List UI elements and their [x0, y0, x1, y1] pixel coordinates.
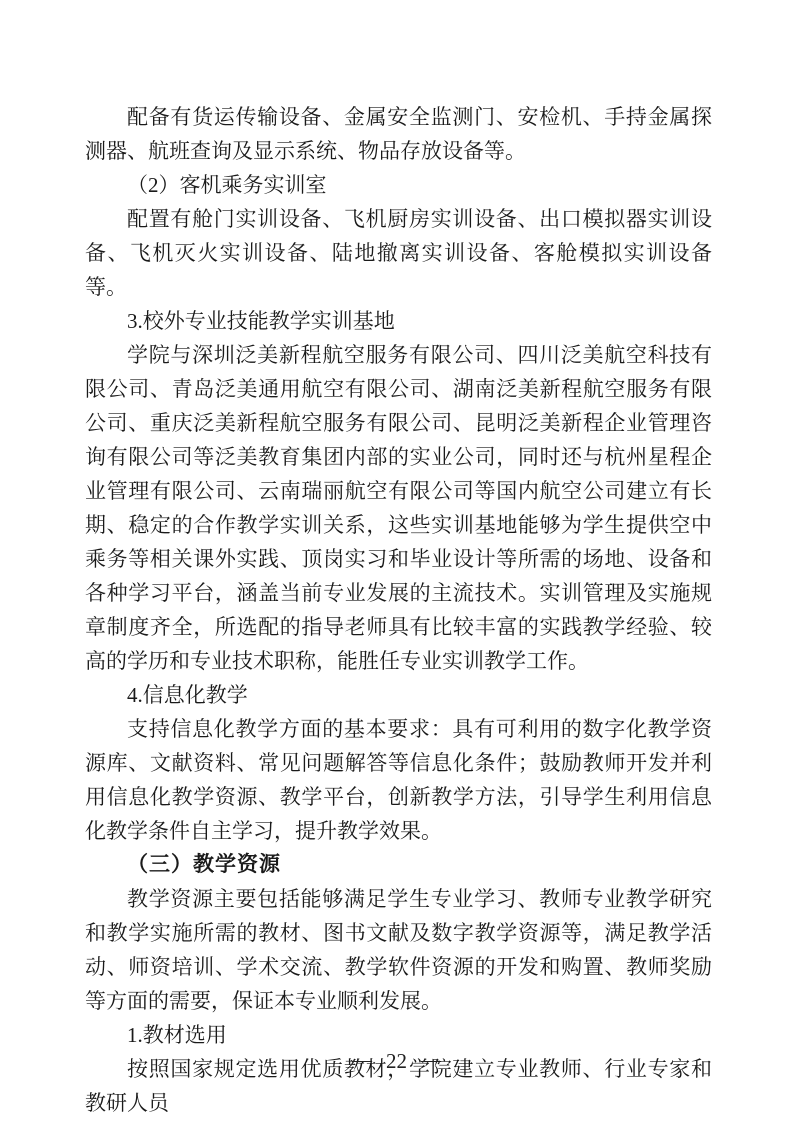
- page-footer: —22—: [0, 1049, 793, 1074]
- document-page: 配备有货运传输设备、金属安全监测门、安检机、手持金属探测器、航班查询及显示系统、…: [0, 0, 793, 1122]
- document-body: 配备有货运传输设备、金属安全监测门、安检机、手持金属探测器、航班查询及显示系统、…: [85, 100, 712, 1120]
- heading-cabin-crew-training-room: （2）客机乘务实训室: [85, 168, 712, 202]
- heading-informatization-teaching: 4.信息化教学: [85, 678, 712, 712]
- footer-right-dash: —: [421, 1049, 441, 1072]
- para-informatization-requirements: 支持信息化教学方面的基本要求：具有可利用的数字化教学资源库、文献资料、常见问题解…: [85, 712, 712, 848]
- para-cargo-security-equipment: 配备有货运传输设备、金属安全监测门、安检机、手持金属探测器、航班查询及显示系统、…: [85, 100, 712, 168]
- para-partner-aviation-companies: 学院与深圳泛美新程航空服务有限公司、四川泛美航空科技有限公司、青岛泛美通用航空有…: [85, 338, 712, 678]
- para-cabin-training-equipment: 配置有舱门实训设备、飞机厨房实训设备、出口模拟器实训设备、飞机灭火实训设备、陆地…: [85, 202, 712, 304]
- para-teaching-resources-overview: 教学资源主要包括能够满足学生专业学习、教师专业教学研究和教学实施所需的教材、图书…: [85, 882, 712, 1018]
- heading-teaching-resources: （三）教学资源: [85, 848, 712, 882]
- footer-left-dash: —: [352, 1049, 372, 1072]
- heading-off-campus-training-bases: 3.校外专业技能教学实训基地: [85, 304, 712, 338]
- page-number: 22: [386, 1049, 407, 1074]
- heading-textbook-selection: 1.教材选用: [85, 1018, 712, 1052]
